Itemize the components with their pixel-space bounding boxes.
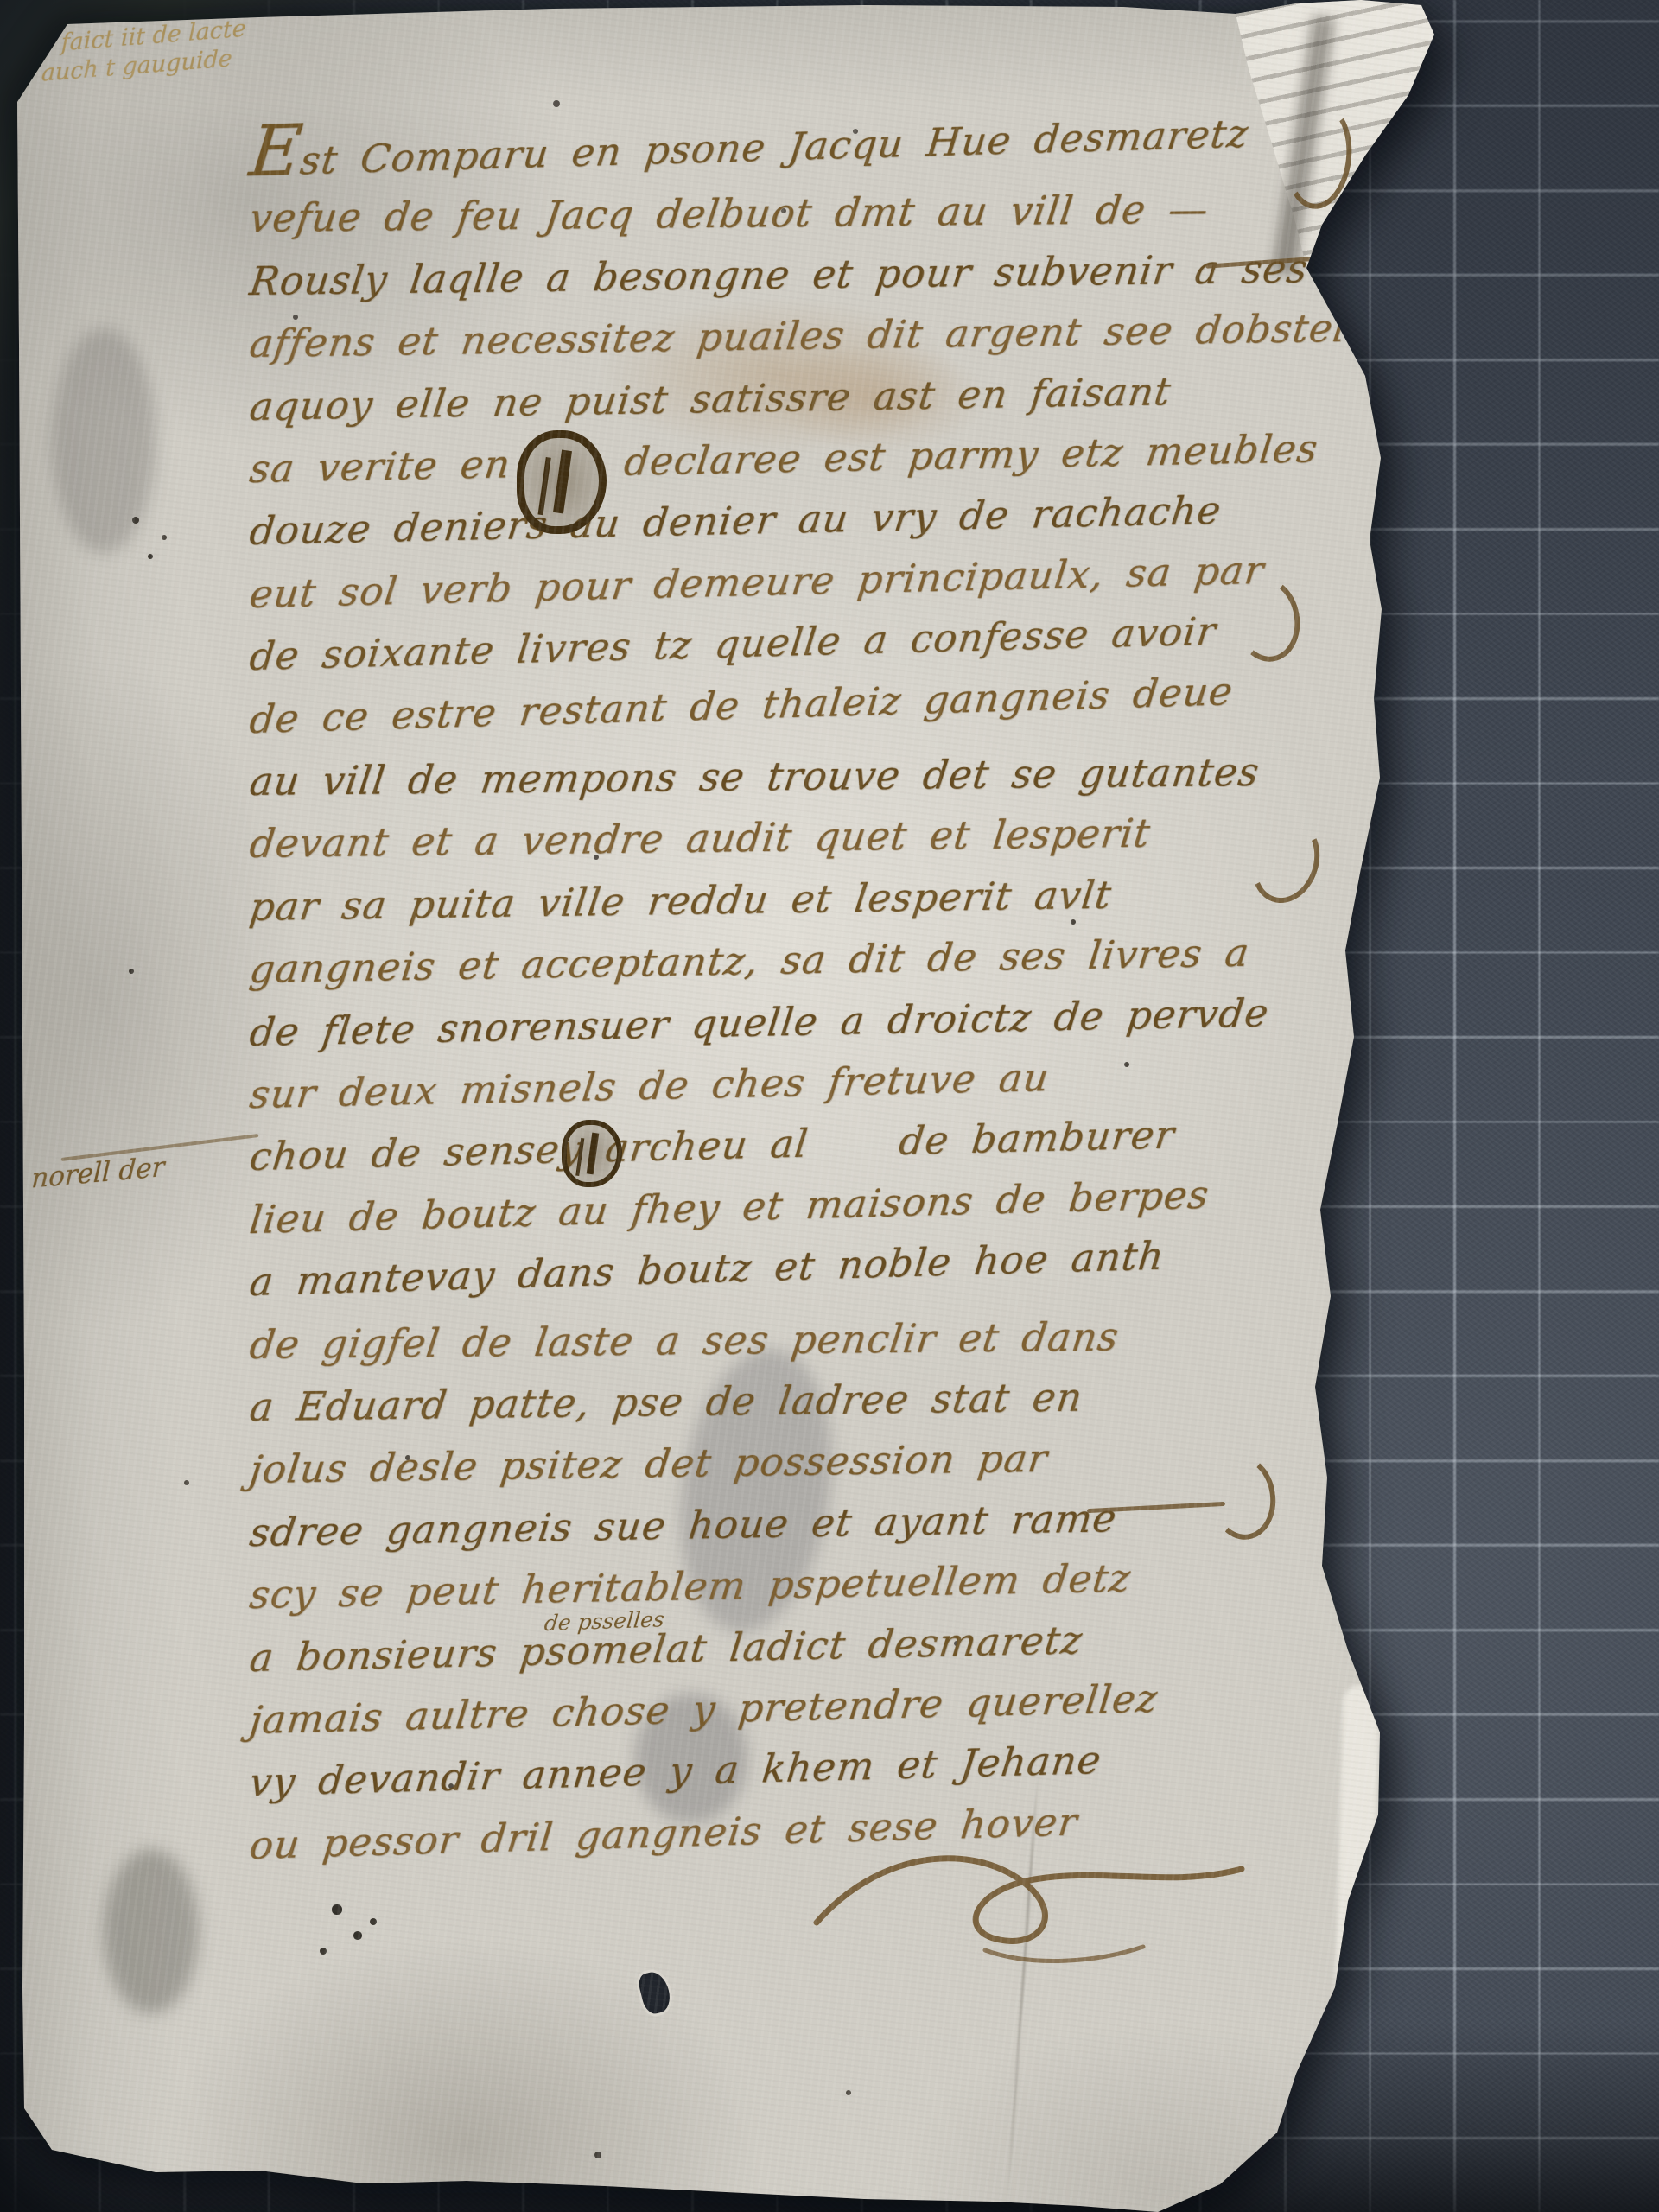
manuscript-line: sur deux misnels de ches fretuve au (246, 1049, 1053, 1128)
corner-annotation-line2: auch t gauguide (41, 43, 245, 88)
corner-annotation: – faict iit de lacte auch t gauguide (41, 15, 246, 88)
manuscript-line: sa verite en declaree est parmy etz meub… (246, 420, 1322, 503)
manuscript-line: Est Comparu en psone Jacqu Hue desmaretz (246, 99, 1253, 190)
gray-smudge (664, 1339, 849, 1642)
dark-edge-smudge (104, 1849, 199, 2013)
paper-sheet: – faict iit de lacte auch t gauguide nor… (0, 0, 1659, 2212)
left-edge-smudge (52, 328, 156, 553)
interlinear-insertion: de psselles (543, 1607, 666, 1637)
manuscript-photo: – faict iit de lacte auch t gauguide nor… (0, 0, 1659, 2212)
manuscript-line: jamais aultre chose y pretendre querelle… (246, 1670, 1161, 1754)
manuscript-line: Rously laqlle a besongne et pour subveni… (245, 240, 1311, 315)
manuscript-line: chou de sensey archeu al de bamburer (246, 1107, 1179, 1192)
paper-crease (1006, 1764, 1039, 2212)
signature-flourish (808, 1819, 1257, 1966)
flourish-curl (1281, 100, 1357, 212)
manuscript-line: devant et a vendre audit quet et lesperi… (245, 805, 1154, 878)
manuscript-line: ou pessor dril gangneis et sese hover (246, 1793, 1081, 1879)
manuscript-line: a mantevay dans boutz et noble hoe anth (246, 1228, 1167, 1317)
manuscript-page: – faict iit de lacte auch t gauguide nor… (0, 0, 1659, 2212)
manuscript-line: aquoy elle ne puist satissre ast en fais… (245, 363, 1174, 441)
manuscript-line: lieu de boutz au fhey et maisons de berp… (246, 1166, 1212, 1253)
manuscript-text: Est Comparu en psone Jacqu Hue desmaretz… (0, 0, 1659, 2212)
flourish-curl (1227, 572, 1306, 667)
ink-speckles (0, 0, 3, 3)
manuscript-line: par sa puita ville reddu et lesperit avl… (245, 867, 1115, 941)
flourish-curl (1242, 811, 1331, 912)
margin-annotation: norell der (31, 1142, 274, 1195)
manuscript-line: au vill de mempons se trouve det se guta… (245, 744, 1262, 816)
manuscript-line: vy devandir annee y a khem et Jehane (246, 1732, 1105, 1816)
manuscript-line: de soixante livres tz quelle a confesse … (246, 603, 1220, 691)
manuscript-line: affens et necessitez puailes dit argent … (245, 300, 1350, 378)
gray-smudge (635, 1694, 747, 1823)
paper-hole (637, 1969, 674, 2016)
flourish-curl (1205, 1451, 1281, 1544)
manuscript-line: scy se peut heritablem pspetuellem detz (246, 1550, 1135, 1630)
deckle-edge-highlight (1332, 1685, 1380, 2135)
manuscript-line: jolus desle psitez det possession par (245, 1430, 1051, 1503)
manuscript-line: a Eduard patte, pse de ladree stat en (245, 1370, 1086, 1441)
crumpled-corner (0, 0, 1659, 2212)
manuscript-line: de gigfel de laste a ses penclir et dans (245, 1308, 1122, 1378)
fold-shadow (1273, 16, 1336, 275)
margin-note-flourish (61, 1134, 259, 1161)
manuscript-line: de ce estre restant de thaleiz gangneis … (246, 663, 1236, 753)
manuscript-line: douze deniers au denier au vry de rachac… (246, 482, 1225, 565)
manuscript-line: vefue de feu Jacq delbuot dmt au vill de… (245, 181, 1212, 252)
manuscript-line: gangneis et acceptantz, sa dit de ses li… (245, 925, 1253, 1003)
corner-annotation-line1: – faict iit de lacte (41, 15, 246, 60)
flourish-dash (1087, 1502, 1225, 1513)
manuscript-line: eut sol verb pour demeure principaulx, s… (246, 542, 1268, 628)
manuscript-line: a bonsieurs psomelat ladict desmaretz (246, 1611, 1086, 1692)
flourish-dash (1205, 254, 1348, 268)
manuscript-line: de flete snorensuer quelle a droictz de … (246, 984, 1273, 1066)
manuscript-line: sdree gangneis sue houe et ayant rame (245, 1490, 1120, 1567)
ink-blot-symbol (517, 430, 607, 534)
ink-mark-symbol (562, 1120, 622, 1187)
